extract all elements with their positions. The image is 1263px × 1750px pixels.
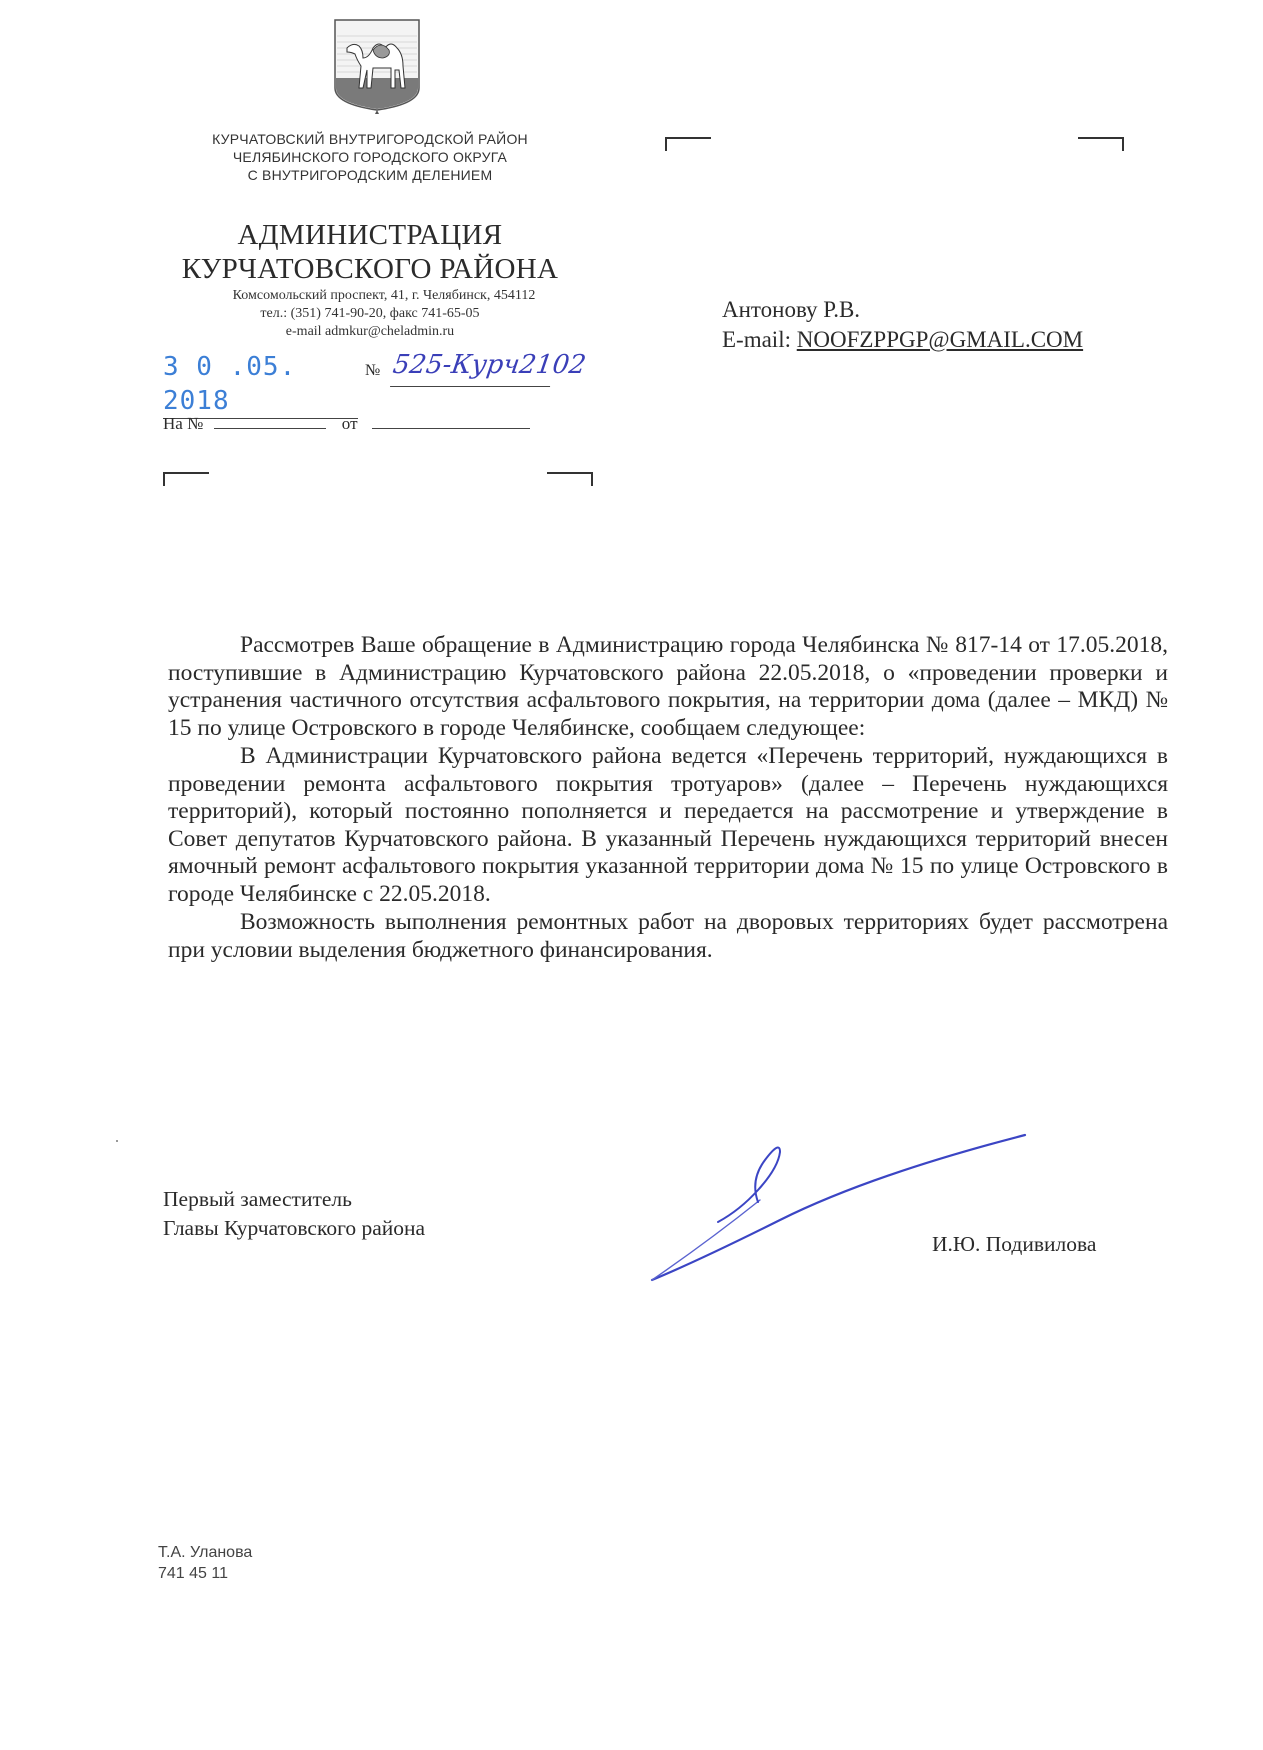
camel-emblem-icon	[333, 18, 421, 116]
org-line: ЧЕЛЯБИНСКОГО ГОРОДСКОГО ОКРУГА	[150, 148, 590, 166]
signature-icon	[640, 1130, 1040, 1300]
handwritten-signature	[640, 1130, 1040, 1300]
recipient-email-link[interactable]: NOOFZPPGP@GMAIL.COM	[797, 327, 1083, 352]
body-paragraph: Возможность выполнения ремонтных работ н…	[168, 909, 1168, 964]
executor-block: Т.А. Уланова 741 45 11	[158, 1542, 252, 1584]
reference-from-label: от	[342, 414, 358, 433]
title-line: КУРЧАТОВСКОГО РАЙОНА	[150, 252, 590, 286]
recipient-block: Антонову Р.В. E-mail: NOOFZPPGP@GMAIL.CO…	[722, 295, 1083, 355]
registration-date-stamp: 3 0 .05. 2018	[163, 350, 358, 419]
corner-mark-top-left	[163, 472, 209, 486]
title-line: АДМИНИСТРАЦИЯ	[150, 218, 590, 252]
executor-phone: 741 45 11	[158, 1563, 252, 1584]
registration-number-handwritten: 525-Курч2102	[390, 344, 556, 387]
reference-label: На №	[163, 414, 203, 433]
organization-subheader: КУРЧАТОВСКИЙ ВНУТРИГОРОДСКОЙ РАЙОН ЧЕЛЯБ…	[150, 130, 590, 184]
phone: тел.: (351) 741-90-20, факс 741-65-05	[150, 305, 590, 323]
corner-mark-addressee-left	[665, 137, 711, 151]
corner-mark-addressee-right	[1078, 137, 1124, 151]
number-label: №	[365, 362, 380, 380]
city-emblem	[333, 18, 421, 116]
org-line: С ВНУТРИГОРОДСКИМ ДЕЛЕНИЕМ	[150, 166, 590, 184]
organization-contacts: Комсомольский проспект, 41, г. Челябинск…	[150, 287, 590, 341]
reference-date-blank	[372, 414, 530, 429]
executor-name: Т.А. Уланова	[158, 1542, 252, 1563]
body-paragraph: В Администрации Курчатовского района вед…	[168, 743, 1168, 908]
recipient-email-label: E-mail:	[722, 327, 797, 352]
address: Комсомольский проспект, 41, г. Челябинск…	[150, 287, 590, 305]
signer-position: Первый заместитель Главы Курчатовского р…	[163, 1185, 425, 1243]
letter-body: Рассмотрев Ваше обращение в Администраци…	[168, 632, 1168, 964]
recipient-name: Антонову Р.В.	[722, 295, 1083, 325]
recipient-email-row: E-mail: NOOFZPPGP@GMAIL.COM	[722, 325, 1083, 355]
body-paragraph: Рассмотрев Ваше обращение в Администраци…	[168, 632, 1168, 742]
signer-name: И.Ю. Подивилова	[932, 1232, 1096, 1257]
scan-speck	[116, 1140, 118, 1142]
position-line: Главы Курчатовского района	[163, 1214, 425, 1243]
organization-title: АДМИНИСТРАЦИЯ КУРЧАТОВСКОГО РАЙОНА	[150, 218, 590, 286]
position-line: Первый заместитель	[163, 1185, 425, 1214]
corner-mark-top-right	[547, 472, 593, 486]
reference-number-blank	[214, 414, 326, 429]
reference-row: На № от	[163, 414, 530, 434]
org-line: КУРЧАТОВСКИЙ ВНУТРИГОРОДСКОЙ РАЙОН	[150, 130, 590, 148]
org-email: e-mail admkur@cheladmin.ru	[150, 323, 590, 341]
